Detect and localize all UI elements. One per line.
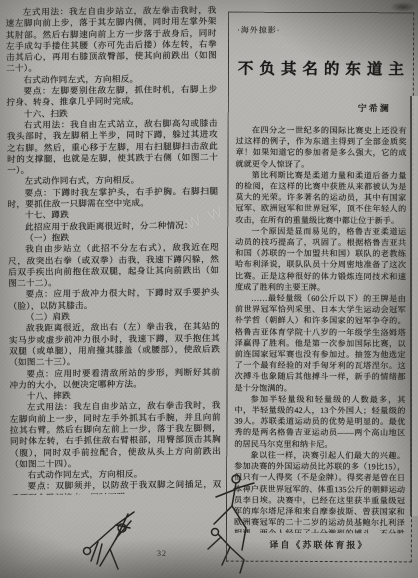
article-body: 在四分之一世纪多的国际比赛史上还没有过这样的例子，作为东道主得到了全部金质奖章！…	[234, 125, 407, 534]
technique-paragraph: 此招应用于敌我距离很近时，分二种情况：	[8, 220, 219, 234]
technique-paragraph: 要点：应用时要看清敌所站的步形，判断好其前冲力的大小，以便决定哪种方法。	[9, 366, 220, 391]
article-paragraph: 一个原因是显而易见的，格鲁吉亚柔道运动员的技巧提高了，巩固了。根据格鲁吉亚共和国…	[235, 225, 406, 293]
technique-paragraph: 左式用法：我左自由步站立，敌左拳击我时，我速左脚向前上步，落于其左脚内侧，同时用…	[5, 5, 217, 75]
page-number: 32	[157, 549, 167, 558]
article-paragraph: 参加半轻量级和轻量级的人数最多，其中，半轻量级的42人，13个外国人；轻量级的3…	[234, 394, 405, 451]
technique-paragraph: 要点：应用于敌冲力很大时，下蹲时双手要护头（脸），以防其膝击。	[8, 287, 219, 312]
article-kicker: ·海外掠影·	[237, 25, 280, 36]
technique-paragraph: 要点：左脚要别住敌左脚，抓住时机，右脚上步拧身、转身、推拿几乎同时完成。	[6, 84, 217, 109]
article-box: ·海外掠影· 不负其名的东道主 宁希澜 在四分之一世纪多的国际比赛史上还没有过这…	[226, 12, 414, 563]
scanned-magazine-page: WWW fozhi 左式用法：我左自由步站立，敌左拳击我时，我速左脚向前上步，落…	[0, 0, 418, 578]
technique-paragraph: 右式用法：我自由左式站立，敌右脚高勾或膝击我头部时，我左脚稍上半步，同时下蹲，躲…	[7, 118, 219, 177]
article-author: 宁希澜	[358, 101, 391, 114]
technique-paragraph: 要点：下蹲时我左掌护头，右手护胸。右脚扫腿时，要抓住敌一只脚需在空中完成。	[7, 186, 218, 211]
article-paragraph: ……最轻量级（60公斤以下）的王牌是由前世界冠军恰列采里、日本大学生运动会冠军朴…	[235, 293, 406, 395]
scan-edge-artifact	[410, 96, 418, 516]
technique-paragraph: 我自由步站立（此招不分左右式），敌我近在咫尺，敌突出右拳（或双拳）击我，我速下蹲…	[8, 242, 219, 289]
throw-figure-illustration	[56, 492, 178, 574]
technique-paragraph: 左式用法：我左自由步站立，敌右拳击我时，我左脚向前上一步，同时左手外抓其右手腕，…	[10, 400, 222, 470]
article-paragraph: 象以往一样，决赛引起人们最大的兴趣。参加决赛的外国运动员比苏联的多（19比15）…	[234, 450, 405, 534]
article-paragraph: 在四分之一世纪多的国际比赛史上还没有过这样的例子，作为东道主得到了全部金质奖章！…	[236, 125, 407, 171]
article-source-credit: 译自《苏联体育报》	[227, 538, 411, 552]
article-paragraph: 第比利斯比赛是柔道力量和柔道后备力量的检阅，在这样的比赛中获胜从来都被认为是莫大…	[235, 169, 406, 226]
scan-smudge	[390, 2, 416, 12]
technique-paragraph: 敌我距离很近，敌出右（左）拳击我，在其站的实马步或虚步前冲力很小时，我速下蹲，双…	[9, 321, 220, 368]
left-text-column: 左式用法：我左自由步站立，敌左拳击我时，我速左脚向前上步，落于其左脚内侧，同时用…	[5, 5, 221, 495]
article-title: 不负其名的东道主	[229, 57, 413, 80]
